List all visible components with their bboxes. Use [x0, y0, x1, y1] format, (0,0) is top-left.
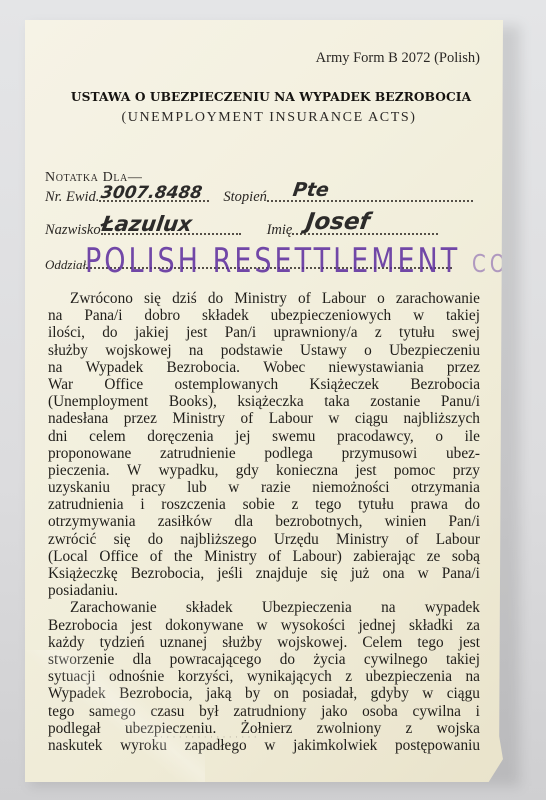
body-line: sytuacjiodnośniekorzyści,wynikającychzub… — [48, 668, 480, 685]
body-line: służbywojskowejnapodstawieUstawyoUbezpie… — [48, 342, 480, 359]
body-line: dnicelemdoręczeniajejswemupracodawcy,oil… — [48, 428, 480, 445]
body-line: nadesłanaprzezMinistryofLabourwciągunajb… — [48, 410, 480, 427]
form-number: Army Form B 2072 (Polish) — [316, 50, 480, 67]
body-line: stworzeniedlapowracającegodożyciacywilne… — [48, 651, 480, 668]
first-name-label: Imię — [267, 222, 293, 239]
body-line: Bezrobociajestdokonywanewwysokościjednej… — [48, 617, 480, 634]
body-line: pieczenia.Wwypadku,gdykoniecznajestpomoc… — [48, 462, 480, 479]
faint-printer-mark: · · · · · · · · · · · · · · · · — [160, 732, 257, 742]
rank-value: Pte — [291, 179, 330, 201]
first-name-value: Josef — [305, 209, 372, 235]
surname-label: Nazwisko — [45, 222, 101, 239]
body-line: każdytydzieńuznanejsłużbywojskowej.Celem… — [48, 634, 480, 651]
document-subtitle: (UNEMPLOYMENT INSURANCE ACTS) — [25, 110, 503, 126]
first-name-field: Imię Josef — [267, 222, 439, 239]
field-row-service: Nr. Ewid. 3007.8488 Stopień Pte — [45, 182, 473, 206]
body-line: naskutekwyrokuzapadłegowjakimkolwiekpost… — [48, 737, 480, 754]
body-line: (LocalOfficeoftheMinistryofLabour)zabier… — [48, 548, 480, 565]
field-row-name: Nazwisko Łazulux Imię Josef — [45, 215, 438, 239]
body-line: uzyskaniupracylubwrazieniemożnościotrzym… — [48, 479, 480, 496]
unit-label: Oddział — [45, 257, 86, 273]
body-line: ilości,dojakiejjestPan/iuprawniony/aztyt… — [48, 324, 480, 341]
body-line: zatrudnieniairoszczeniasobieztegotytułup… — [48, 496, 480, 513]
body-line: proponowanezatrudnieniepodlegaprzymusowi… — [48, 445, 480, 462]
body-line: zwrócićsiędonajbliższegoUrzęduMinistryof… — [48, 531, 480, 548]
rank-field: Stopień Pte — [223, 189, 473, 206]
body-line: KsiążeczkęBezrobocia,jeśliznajdujesięjuż… — [48, 565, 480, 582]
surname-value: Łazulux — [99, 212, 193, 236]
body-line: WypadekBezrobocia,jakąbyonposiadał,gdyby… — [48, 685, 480, 702]
service-number-field: Nr. Ewid. 3007.8488 — [45, 189, 209, 206]
body-line: otrzymywaniazasiłkówdlabezrobotnych,wini… — [48, 513, 480, 530]
rank-label: Stopień — [223, 189, 267, 206]
body-line: naWypadekBezrobocia.Wobecniewystawianiap… — [48, 359, 480, 376]
surname-field: Nazwisko Łazulux — [45, 222, 241, 239]
document-title: USTAWA O UBEZPIECZENIU NA WYPADEK BEZROB… — [25, 90, 503, 104]
service-number-value: 3007.8488 — [100, 183, 204, 203]
body-line: posiadaniu. — [48, 582, 480, 599]
body-line: WarOfficeostemplowanychKsiążeczekBezrobo… — [48, 376, 480, 393]
body-line: podlegałubezpieczeniu.Żołnierzzwolnionyz… — [48, 720, 480, 737]
body-line: tegosamegoczasubyłzatrudnionyjakoosobacy… — [48, 703, 480, 720]
body-text: ZwróconosiędziśdoMinistryofLabourozarach… — [48, 290, 480, 754]
unit-stamp: POLISH RESETTLEMENT CORPS — [85, 242, 546, 281]
body-line: naPana/idobroskładekubezpieczeniowychwta… — [48, 307, 480, 324]
service-number-label: Nr. Ewid. — [45, 189, 99, 206]
body-line: (UnemploymentBooks),książeczkatakazostan… — [48, 393, 480, 410]
body-line: ZarachowanieskładekUbezpieczenianawypade… — [48, 599, 480, 616]
army-form-document: Army Form B 2072 (Polish) USTAWA O UBEZP… — [25, 20, 503, 782]
stamp-main-text: POLISH RESETTLEMENT — [85, 242, 460, 281]
body-line: ZwróconosiędziśdoMinistryofLabourozarach… — [48, 290, 480, 307]
